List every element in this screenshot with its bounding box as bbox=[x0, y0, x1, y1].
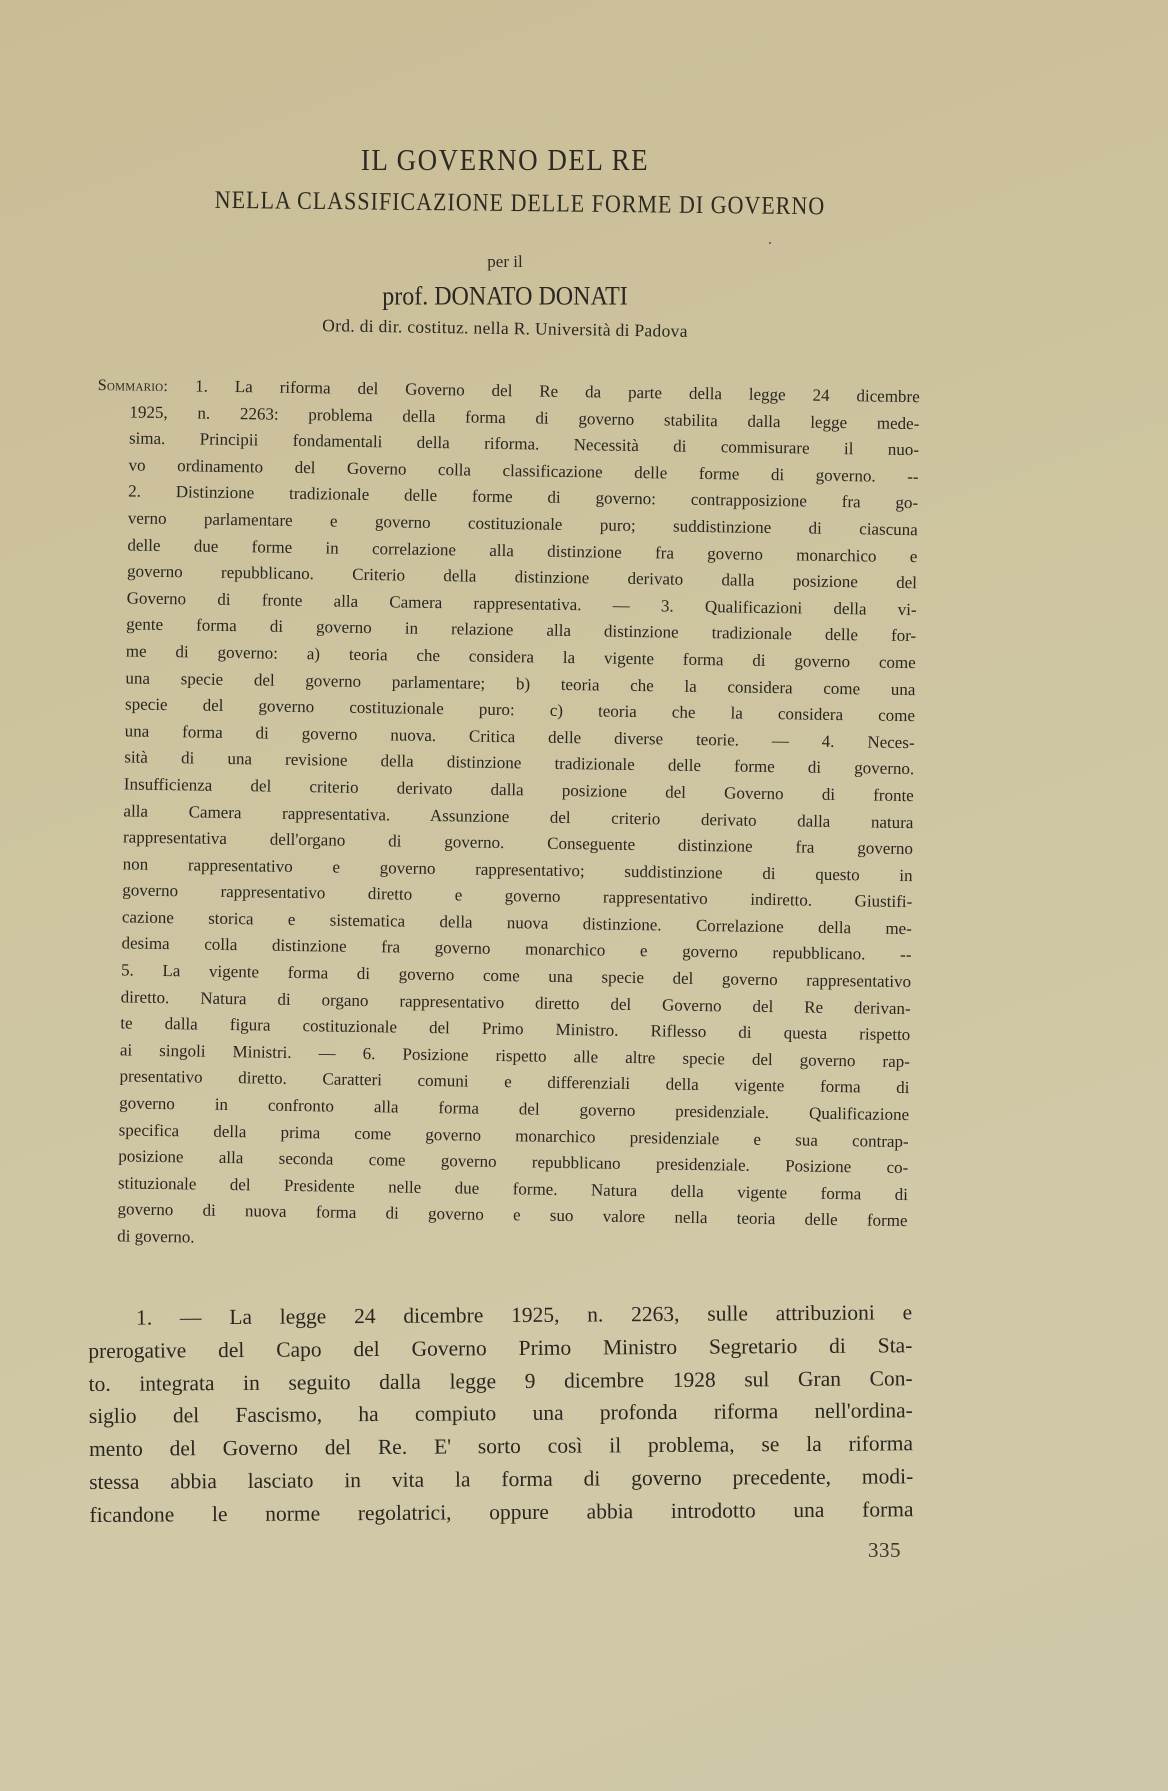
summary-label: Sommario: bbox=[98, 377, 169, 395]
body-line: 1. — La legge 24 dicembre 1925, n. 2263,… bbox=[88, 1296, 912, 1335]
scanned-page: IL GOVERNO DEL RE NELLA CLASSIFICAZIONE … bbox=[0, 0, 1168, 1791]
byline-prefix: per il bbox=[0, 252, 1010, 272]
paper-speck bbox=[769, 242, 771, 244]
article-title: IL GOVERNO DEL RE bbox=[0, 143, 1010, 178]
article-subtitle: NELLA CLASSIFICAZIONE DELLE FORME DI GOV… bbox=[0, 183, 1040, 224]
body-line: prerogative del Capo del Governo Primo M… bbox=[88, 1329, 912, 1368]
page-number: 335 bbox=[868, 1538, 901, 1563]
author-affiliation: Ord. di dir. costituz. nella R. Universi… bbox=[0, 310, 1010, 347]
body-line: stessa abbia lasciato in vita la forma d… bbox=[89, 1460, 913, 1499]
summary-block: Sommario: 1. La riforma del Governo del … bbox=[85, 372, 918, 1262]
author-name: prof. DONATO DONATI bbox=[0, 283, 1010, 313]
body-paragraph: 1. — La legge 24 dicembre 1925, n. 2263,… bbox=[88, 1296, 914, 1531]
body-line: ficandone le norme regolatrici, oppure a… bbox=[89, 1493, 913, 1532]
